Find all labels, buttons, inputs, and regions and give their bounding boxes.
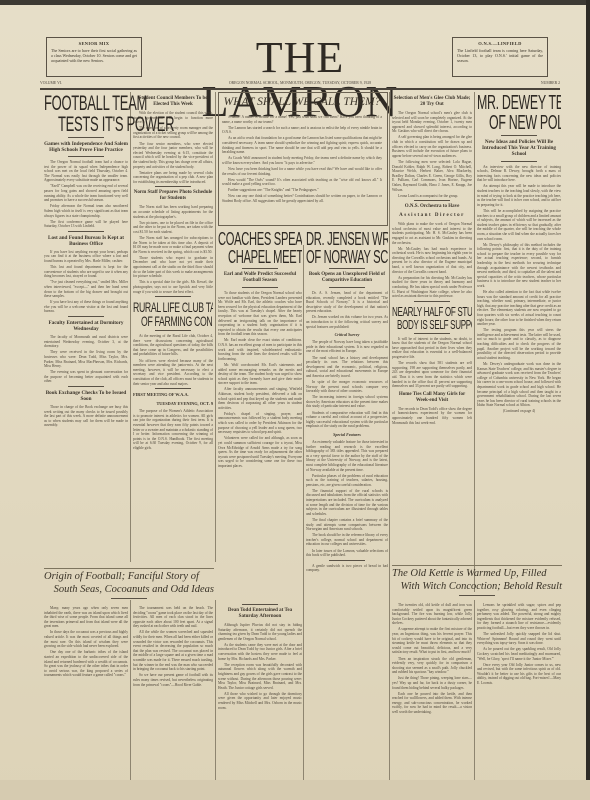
paragraph: The book should be in the reference libr… — [306, 533, 388, 547]
paragraph: At the meeting of the Rural Life club, O… — [133, 334, 213, 357]
column-rule — [215, 600, 216, 795]
headline: Faculty Entertained at Dormitory Wednesd… — [44, 320, 128, 332]
dateline-bar: OREGON NORMAL SCHOOL, MONMOUTH, OREGON, … — [40, 79, 560, 90]
divider — [284, 111, 320, 112]
paragraph: Each one he poured into the kettle, and … — [392, 692, 472, 715]
divider — [242, 604, 278, 605]
continued-note: (Continued on page 4) — [477, 409, 561, 414]
headline: O.N.S. Orchestra to Have — [392, 204, 472, 210]
paragraph: The testing program this year will stres… — [477, 328, 561, 360]
divider — [242, 268, 278, 269]
right-ear-heading: O.N.S.—LINFIELD — [457, 41, 543, 46]
headline: OF NEW POLICIES — [489, 113, 534, 133]
headline: RURAL LIFE CLUB TALKS — [133, 300, 183, 314]
column-rule — [474, 92, 475, 592]
paragraph: To those students of the Oregon Normal s… — [218, 291, 302, 337]
paragraph: Once every year Old Jolly Junior comes t… — [477, 663, 561, 686]
paragraph: Just the thing! Those pining, weeping lo… — [392, 676, 472, 690]
left-ear-box: SENIOR MIX The Seniors are to have their… — [46, 37, 142, 77]
paragraph: "Ezell" Campbell was on the receiving en… — [44, 184, 128, 202]
paragraph: Leona Lund is accompanist for the group. — [392, 194, 472, 199]
paragraph: So we have our present game of football … — [133, 673, 213, 687]
paragraph: The Norm staff has arranged for subscrip… — [133, 236, 213, 254]
paragraph: Although Jupiter Pluvius did not stay in… — [218, 623, 302, 641]
paragraph: As he poured out the gay sparkling resul… — [477, 647, 561, 661]
paragraph: Dr. Jensen worked on this volume for two… — [306, 315, 388, 329]
article-football-origin-col1: Many, many years ago when only seven men… — [44, 606, 128, 786]
paragraph: The Oregon Normal football team had a ch… — [44, 160, 128, 183]
divider — [68, 316, 104, 317]
column-rule — [130, 92, 131, 562]
paragraph: The following men were selected: Lola Ha… — [392, 160, 472, 192]
paragraph: No officers were elected because many of… — [133, 359, 213, 387]
paragraph: Now can any one think of something bette… — [222, 194, 382, 203]
paragraph: Those students who expect to graduate in… — [133, 256, 213, 279]
paragraph: How would "The Owls" sound? It's often a… — [222, 178, 382, 187]
divider — [68, 386, 104, 387]
article-dewey: MR. DEWEY TELLS OF NEW POLICIES New Idea… — [477, 93, 561, 591]
headline: Lost and Found Bureau Is Kept at Busines… — [44, 235, 128, 247]
headline: Home Ties Call Many Girls for Week-end V… — [392, 392, 472, 404]
divider — [414, 333, 450, 334]
paragraph: With plans to make the work of Oregon No… — [392, 222, 472, 245]
paragraph: Students of comparative education will f… — [306, 411, 388, 429]
dateline-text: OREGON NORMAL SCHOOL, MONMOUTH, OREGON, … — [40, 79, 560, 87]
article-football-origin-head: Origin of Football; Fanciful Story of So… — [44, 570, 214, 602]
headline: CHAPEL MEETING — [228, 248, 274, 266]
section-rule — [392, 565, 562, 566]
paragraph: As an aid to reach that foundation for a… — [222, 136, 382, 154]
paragraph: Those in charge of the Book exchange are… — [44, 405, 128, 428]
headline: WHAT SHALL WE CALL THEM? — [222, 95, 382, 109]
scan-bottom-margin — [0, 780, 590, 800]
article-name-contest: WHAT SHALL WE CALL THEM? A name! A name!… — [222, 95, 382, 223]
headline: FOOTBALL TEAM — [44, 93, 96, 114]
subhead: Games with Independence And Salem High S… — [44, 141, 128, 153]
headline: FIRST MEETING OF W.A.A. — [133, 392, 213, 398]
scan-top-edge — [0, 0, 590, 5]
paragraph: The tournament was held on the beach. Th… — [133, 606, 213, 629]
headline: Book Exchange Checks To be Issued Soon — [44, 390, 128, 402]
paragraph: The twenties old, old kettle of dull and… — [392, 603, 472, 626]
column-rule — [215, 92, 216, 562]
divider — [414, 301, 450, 302]
headline: OF NORWAY SCHOOLS — [306, 248, 357, 266]
headline: The Old Kettle is Warmed Up, Filled — [392, 567, 562, 580]
volume-label: VOLUME VI. — [40, 79, 62, 87]
paragraph: If you have lost any of these things or … — [44, 300, 128, 314]
headline: MR. DEWEY TELLS — [477, 93, 529, 113]
paragraph: As preparation for his directing Mr. McC… — [392, 276, 472, 299]
paragraph: Tentative plans are being made by severa… — [133, 171, 213, 185]
subhead: Book Opens an Unexplored Field of Compar… — [306, 272, 388, 284]
filler-quip: A gentle sandwich is two pieces of bread… — [306, 564, 388, 573]
issue-number: NUMBER 2 — [541, 79, 560, 87]
headline: Origin of Football; Fanciful Story of — [44, 570, 214, 583]
divider — [501, 135, 537, 136]
paragraph: Two pictures, one to be placed on file i… — [133, 221, 213, 235]
left-ear-heading: SENIOR MIX — [51, 41, 137, 46]
paragraph: The records show that 581 students are s… — [392, 361, 472, 389]
paragraph: With the election of the student council… — [133, 111, 213, 125]
paragraph: In later issues of the Lamron, valuable … — [306, 549, 388, 558]
divider — [329, 268, 365, 269]
paragraph: The purpose of the Women's Athletic Asso… — [133, 409, 213, 450]
paragraph: Mr. Dewey's philosophy of this method in… — [477, 243, 561, 289]
paragraph: Dr. A. S. Jensen, head of the department… — [306, 291, 388, 314]
right-ear-box: O.N.S.—LINFIELD The Linfield football te… — [452, 37, 548, 77]
paragraph: The rural school has a history and devel… — [306, 356, 388, 379]
paragraph: The first conference game will be played… — [44, 220, 128, 229]
paragraph: The records in Dean Todd's office show t… — [392, 407, 472, 425]
paragraph: This lost and found department is kept f… — [44, 265, 128, 279]
divider — [68, 137, 104, 138]
paragraph: Friday afternoon the Normal team also sm… — [44, 204, 128, 218]
article-dean-todd: Dean Todd Entertained at Tea Saturday Af… — [218, 602, 302, 782]
divider — [242, 287, 278, 288]
paragraph: All the while the women screeched and sq… — [133, 630, 213, 671]
article-football: FOOTBALL TEAM TESTS IT'S POWER Games wit… — [44, 93, 128, 429]
headline: BODY IS SELF SUPPORTING — [397, 318, 444, 331]
headline: Selection of Men's Glee Club Made; 20 Tr… — [392, 96, 472, 108]
paragraph: The evening was spent in pleasant conver… — [44, 370, 128, 384]
paragraph: A supreme attempt to make the first mixt… — [392, 627, 472, 655]
headline: Norm Staff Prepares Photo Schedule for S… — [133, 190, 213, 202]
paragraph: Volunteers were called for and although,… — [218, 436, 302, 468]
paragraph: In those days the cocoanut was a preciou… — [44, 630, 128, 648]
paragraph: After faculty announcements and singing,… — [218, 387, 302, 410]
headline: Student Council Members To be Elected Th… — [133, 96, 213, 108]
column-2: Student Council Members To be Elected Th… — [133, 93, 213, 563]
article-jensen: DR. JENSEN WRITES OF NORWAY SCHOOLS Book… — [306, 230, 388, 790]
divider — [155, 296, 191, 297]
paragraph: An interview with the new director of tr… — [477, 165, 561, 183]
paragraph: As Coach Wolf announced in student body … — [222, 156, 382, 165]
paragraph: An attempt this year will be made to int… — [477, 184, 561, 207]
subhead: New Ideas and Policies Will Be Introduce… — [477, 139, 561, 158]
paragraph: The Lamron has started a search for such… — [222, 126, 382, 135]
article-kettle-col1: The twenties old, old kettle of dull and… — [392, 603, 472, 783]
divider — [501, 161, 537, 162]
paragraph: All those who wished to go through the d… — [218, 692, 302, 710]
headline: South Seas, Cocoanuts and Odd Ideas — [44, 583, 214, 596]
headline: TESTS IT'S POWER — [58, 114, 101, 135]
divider — [155, 186, 191, 187]
headline: COACHES SPEAK IN — [218, 230, 270, 248]
left-ear-text: The Seniors are to have their first soci… — [51, 48, 137, 63]
column-rule — [389, 92, 390, 792]
scan-right-edge — [586, 0, 590, 800]
paragraph: The Norm staff has been working hard pre… — [133, 205, 213, 219]
article-kettle-head: The Old Kettle is Warmed Up, Filled With… — [392, 567, 562, 599]
paragraph: Mr. Wolf corroborated Mr. Earl's stateme… — [218, 363, 302, 386]
divider — [111, 598, 147, 599]
paragraph: The financial support of the rural schoo… — [306, 489, 388, 517]
headline: OF FARMING CONDITIONS — [141, 314, 186, 328]
paragraph: The final chapter contains a brief summa… — [306, 518, 388, 532]
article-coaches: COACHES SPEAK IN CHAPEL MEETING Earl and… — [218, 230, 302, 600]
section-head: Special Features — [306, 432, 388, 437]
paragraph: They were received in the living room by… — [44, 350, 128, 368]
divider — [155, 388, 191, 389]
paragraph: One day one of the barbaric tribes of th… — [44, 650, 128, 678]
article-football-origin-col2: The tournament was held on the beach. Th… — [133, 606, 213, 786]
column-rule — [474, 600, 475, 790]
divider — [68, 231, 104, 232]
right-ear-text: The Linfield football team is coming her… — [457, 48, 543, 63]
divider — [414, 200, 450, 201]
divider — [459, 595, 495, 596]
paragraph: Friday's chapel of singing, prayer, and … — [218, 412, 302, 435]
paragraph: The increasing interest in foreign schoo… — [306, 395, 388, 409]
paragraph: He also called attention to the fact tha… — [477, 290, 561, 327]
paragraph: Mr. Dewey's undergraduate work was done … — [477, 362, 561, 408]
paragraph: A self governing plan is being arranged … — [392, 135, 472, 158]
paragraph: The people of Norway have long taken a j… — [306, 340, 388, 354]
paragraph: A name! A name! A fortune for a name! Ye… — [222, 115, 382, 124]
article-kettle-col2: Lemons he sprinkled with sugar; spices a… — [477, 603, 561, 783]
paragraph: An extremely valuable feature for those … — [306, 440, 388, 472]
paragraph: The Oregon Normal school's men's glee cl… — [392, 111, 472, 134]
column-5: Selection of Men's Glee Club Made; 20 Tr… — [392, 93, 472, 591]
paragraph: If you have lost anything except your he… — [44, 250, 128, 264]
paragraph: The reception room was beautifully decor… — [218, 663, 302, 691]
divider — [68, 156, 104, 157]
paragraph: In spite of the meager economic resource… — [306, 380, 388, 394]
subhead: Earl and Wolfe Predict Successful Footba… — [218, 272, 302, 284]
paragraph: The faculty of Monmouth and rural distri… — [44, 335, 128, 349]
paragraph: The four senior members, who were electe… — [133, 142, 213, 170]
paragraph: This will be accomplished by assigning t… — [477, 209, 561, 241]
divider — [329, 287, 365, 288]
section-rule — [44, 568, 214, 569]
paragraph: It will be of interest to the students, … — [392, 337, 472, 360]
paragraph: Further suggestions are: "The Knights" a… — [222, 188, 382, 193]
paragraph: As the students came they were met at th… — [218, 643, 302, 661]
paragraph: The unleashed Jolly quickly snapped the … — [477, 632, 561, 646]
headline: DR. JENSEN WRITES — [306, 230, 357, 248]
divider — [155, 330, 191, 331]
headline: Dean Todd Entertained at Tea Saturday Af… — [218, 608, 302, 620]
paragraph: Many, many years ago when only seven men… — [44, 606, 128, 629]
headline: With Witch Concoction; Behold Result — [392, 580, 562, 593]
paragraph: Then an inspiration struck the old gentl… — [392, 657, 472, 675]
headline: Assistant Director — [392, 213, 472, 219]
paragraph: This is a special date for the girls. Mr… — [133, 280, 213, 294]
paragraph: Mr. Earl made clear the exact status of … — [218, 338, 302, 361]
section-head: Critical Survey — [306, 332, 388, 337]
paragraph: "I've just cleaned everything out," smil… — [44, 280, 128, 298]
divider — [329, 560, 365, 561]
paragraph: The selection of a property room manager… — [133, 126, 213, 140]
column-rule — [303, 245, 304, 795]
headline: TUESDAY EVENING, OCT. 9 — [133, 401, 213, 407]
newspaper-page: SENIOR MIX The Seniors are to have their… — [0, 0, 590, 800]
paragraph: Particular phases of the problems of rur… — [306, 474, 388, 488]
paragraph: Now have you been thinking hard for a na… — [222, 167, 382, 176]
column-rule — [130, 600, 131, 795]
paragraph: Lemons he sprinkled with sugar; spices a… — [477, 603, 561, 631]
paragraph: Mr. McCauley has had much experience in … — [392, 247, 472, 275]
